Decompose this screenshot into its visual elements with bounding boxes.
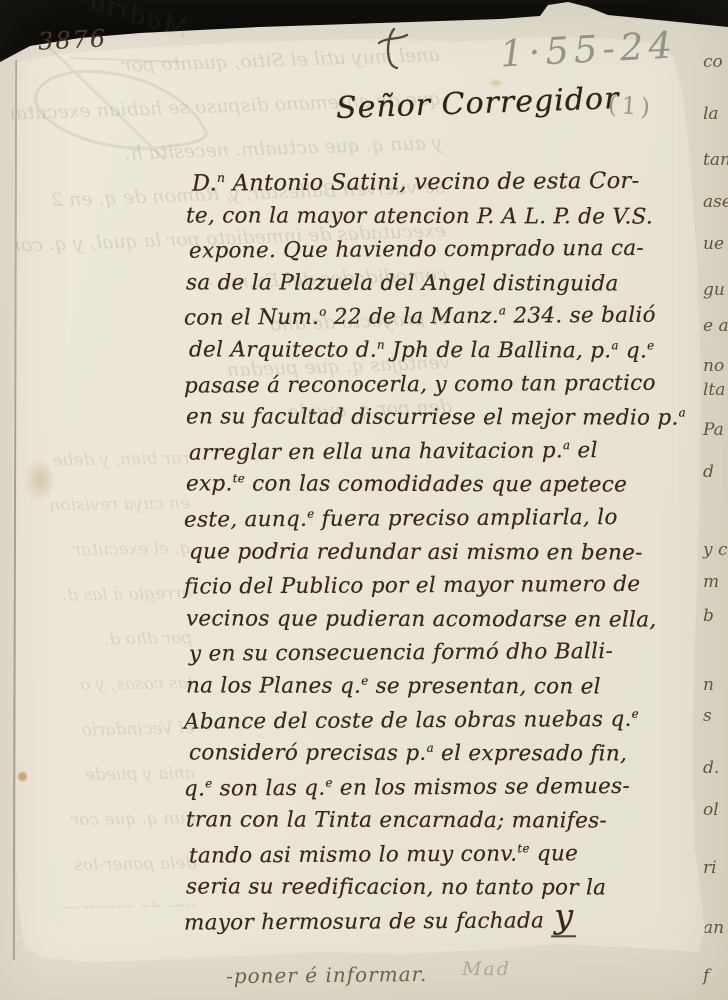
letter-body-line: seria su reedificacion, no tanto por la: [186, 871, 710, 906]
letter-body-line: con el Num.o 22 de la Manz.a 234. se bal…: [184, 299, 710, 336]
letter-body-line: este, aunq.e fuera preciso ampliarla, lo: [184, 500, 710, 537]
letter-body-line: mayor hermosura de su fachada y: [184, 903, 710, 940]
archive-number: 3876: [37, 24, 107, 56]
letter-body-line: pasase á reconocerla, y como tan practic…: [184, 366, 710, 403]
letter-body-line: ficio del Publico por el mayor numero de: [184, 568, 710, 605]
invocation-cross-icon: [372, 24, 412, 76]
letter-body-line: consideró precisas p.a el expresado fin,: [189, 736, 710, 771]
letter-body-line: del Arquitecto d.n Jph de la Ballina, p.…: [189, 333, 710, 368]
letter-body-line: que podria redundar asi mismo en bene-: [189, 535, 710, 570]
letter-body: D.n Antonio Satini, vecino de esta Cor-t…: [184, 166, 710, 939]
letter-body-line: en su facultad discurriese el mejor medi…: [186, 400, 710, 435]
under-page-text-fragment: f: [703, 966, 709, 986]
letter-body-line: y en su consecuencia formó dho Balli-: [189, 635, 710, 672]
letter-body-line: vecinos que pudieran acomodarse en ella,: [186, 602, 710, 637]
letter-body-line: tran con la Tinta encarnada; manifes-: [186, 804, 710, 839]
letter-body-line: arreglar en ella una havitacion p.a el: [189, 433, 710, 470]
letter-body-line: tando asi mismo lo muy conv.te que: [189, 836, 710, 873]
letter-body-line: expone. Que haviendo comprado una ca-: [189, 232, 710, 269]
letter-body-line: exp.te con las comodidades que apetece: [186, 468, 710, 503]
letter-body-line: na los Planes q.e se presentan, con el: [186, 669, 710, 704]
under-page-text-fragment: co: [703, 52, 723, 72]
letter-body-line: D.n Antonio Satini, vecino de esta Cor-: [192, 164, 710, 201]
letter-body-line: sa de la Plazuela del Angel distinguida: [186, 266, 710, 301]
under-page-bottom-line: -poner é informar.: [226, 962, 428, 988]
letter-body-line: Abance del coste de las obras nuebas q.e: [184, 702, 710, 739]
under-page-text-fragment: la: [703, 104, 719, 124]
under-page-bottom-line-faded: Mad: [462, 958, 511, 980]
letter-body-line: te, con la mayor atencion P. A L. P. de …: [186, 199, 710, 234]
letter-body-line: q.e son las q.e en los mismos se demues-: [184, 769, 710, 806]
manuscript-scan: colatanaseuegue anoltaPady cmbnsd.olrian…: [0, 0, 728, 1000]
